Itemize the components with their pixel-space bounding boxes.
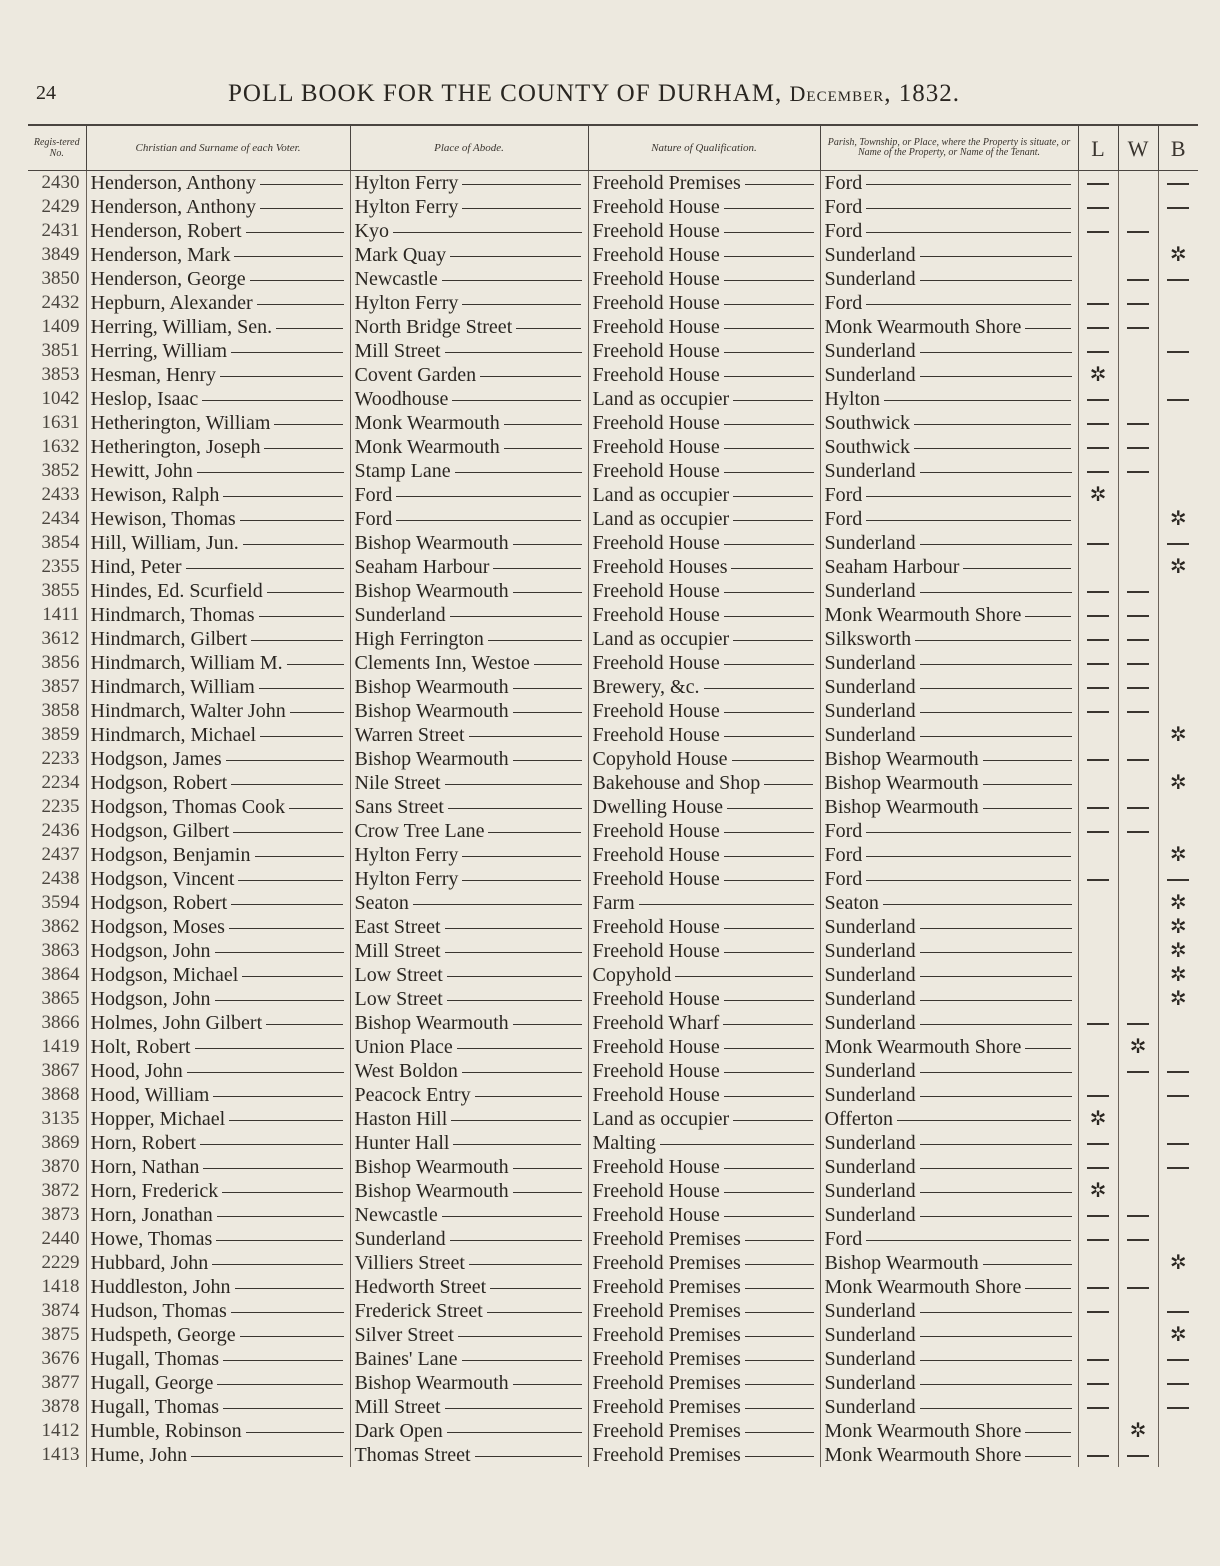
voter-name-text: Hugall, Thomas	[91, 1348, 220, 1370]
qualification-cell: Freehold House	[588, 699, 820, 723]
table-body: 2430Henderson, AnthonyHylton FerryFreeho…	[28, 171, 1198, 1468]
qualification-cell: Freehold House	[588, 1155, 820, 1179]
parish-text: Monk Wearmouth Shore	[825, 1276, 1022, 1298]
parish-cell: Sunderland	[820, 1059, 1078, 1083]
star-mark-icon: ✲	[1170, 556, 1187, 578]
voter-name-text: Henderson, Anthony	[91, 196, 257, 218]
voter-name-cell: Hetherington, Joseph	[86, 435, 350, 459]
voter-name-cell: Hepburn, Alexander	[86, 291, 350, 315]
qualification-text: Freehold House	[593, 820, 720, 842]
qualification-cell: Freehold House	[588, 1179, 820, 1203]
vote-L-cell	[1078, 1203, 1118, 1227]
abode-cell: Bishop Wearmouth	[350, 579, 588, 603]
vote-L-cell	[1078, 939, 1118, 963]
vote-L-cell	[1078, 507, 1118, 531]
reg-no-cell: 2437	[28, 843, 86, 867]
dash-mark-icon	[1167, 207, 1189, 209]
abode-text: Hylton Ferry	[355, 844, 459, 866]
dash-mark-icon	[1127, 591, 1149, 593]
abode-cell: Hylton Ferry	[350, 171, 588, 196]
parish-text: Ford	[825, 484, 863, 506]
voter-name-cell: Horn, Nathan	[86, 1155, 350, 1179]
abode-text: Covent Garden	[355, 364, 477, 386]
leader-line	[920, 1144, 1072, 1145]
qualification-cell: Freehold House	[588, 987, 820, 1011]
qualification-text: Freehold House	[593, 1156, 720, 1178]
abode-cell: Newcastle	[350, 1203, 588, 1227]
vote-B-cell	[1158, 531, 1198, 555]
table-row: 1411Hindmarch, ThomasSunderlandFreehold …	[28, 603, 1198, 627]
vote-W-cell	[1118, 1227, 1158, 1251]
leader-line	[920, 1408, 1072, 1409]
vote-L-cell	[1078, 963, 1118, 987]
leader-line	[920, 376, 1072, 377]
voter-name-cell: Henderson, George	[86, 267, 350, 291]
parish-text: Offerton	[825, 1108, 894, 1130]
parish-text: Sunderland	[825, 1156, 916, 1178]
qualification-cell: Freehold Premises	[588, 1395, 820, 1419]
leader-line	[455, 472, 582, 473]
vote-W-cell	[1118, 1347, 1158, 1371]
vote-L-cell	[1078, 1419, 1118, 1443]
vote-L-cell	[1078, 771, 1118, 795]
abode-cell: Warren Street	[350, 723, 588, 747]
parish-text: Ford	[825, 220, 863, 242]
abode-text: Peacock Entry	[355, 1084, 471, 1106]
col-header-L: L	[1078, 125, 1118, 171]
leader-line	[445, 952, 582, 953]
abode-cell: Mark Quay	[350, 243, 588, 267]
parish-text: Sunderland	[825, 652, 916, 674]
qualification-cell: Freehold House	[588, 459, 820, 483]
qualification-cell: Freehold House	[588, 219, 820, 243]
star-mark-icon: ✲	[1170, 844, 1187, 866]
vote-W-cell	[1118, 507, 1158, 531]
dash-mark-icon	[1087, 687, 1109, 689]
dash-mark-icon	[1087, 207, 1109, 209]
parish-text: Ford	[825, 868, 863, 890]
leader-line	[724, 832, 814, 833]
leader-line	[731, 568, 813, 569]
reg-no-cell: 2433	[28, 483, 86, 507]
leader-line	[914, 448, 1071, 449]
leader-line	[745, 1240, 814, 1241]
vote-W-cell	[1118, 915, 1158, 939]
parish-cell: Ford	[820, 1227, 1078, 1251]
voter-name-text: Hodgson, Robert	[91, 772, 228, 794]
parish-cell: Ford	[820, 507, 1078, 531]
voter-name-cell: Hindmarch, Walter John	[86, 699, 350, 723]
vote-L-cell	[1078, 627, 1118, 651]
vote-W-cell	[1118, 603, 1158, 627]
leader-line	[733, 520, 813, 521]
voter-name-text: Hood, John	[91, 1060, 183, 1082]
vote-W-cell	[1118, 1299, 1158, 1323]
reg-no-cell: 2429	[28, 195, 86, 219]
abode-cell: West Boldon	[350, 1059, 588, 1083]
dash-mark-icon	[1087, 1215, 1109, 1217]
abode-text: Seaton	[355, 892, 409, 914]
qualification-cell: Freehold Houses	[588, 555, 820, 579]
abode-text: Frederick Street	[355, 1300, 483, 1322]
parish-text: Ford	[825, 844, 863, 866]
leader-line	[450, 1240, 582, 1241]
leader-line	[451, 1120, 581, 1121]
voter-name-cell: Henderson, Mark	[86, 243, 350, 267]
leader-line	[724, 1216, 814, 1217]
dash-mark-icon	[1087, 351, 1109, 353]
leader-line	[920, 976, 1072, 977]
leader-line	[447, 1432, 582, 1433]
vote-B-cell	[1158, 651, 1198, 675]
reg-no-cell: 3850	[28, 267, 86, 291]
leader-line	[448, 808, 582, 809]
qualification-text: Freehold House	[593, 292, 720, 314]
voter-name-text: Hindmarch, William M.	[91, 652, 283, 674]
leader-line	[724, 376, 814, 377]
reg-no-cell: 3857	[28, 675, 86, 699]
abode-cell: Mill Street	[350, 1395, 588, 1419]
vote-L-cell	[1078, 1275, 1118, 1299]
voter-name-text: Hepburn, Alexander	[91, 292, 253, 314]
table-row: 3135Hopper, MichaelHaston HillLand as oc…	[28, 1107, 1198, 1131]
leader-line	[724, 208, 814, 209]
voter-name-cell: Horn, Jonathan	[86, 1203, 350, 1227]
abode-cell: Hedworth Street	[350, 1275, 588, 1299]
vote-W-cell	[1118, 243, 1158, 267]
leader-line	[724, 448, 814, 449]
parish-cell: Bishop Wearmouth	[820, 1251, 1078, 1275]
leader-line	[250, 280, 344, 281]
table-row: 1042Heslop, IsaacWoodhouseLand as occupi…	[28, 387, 1198, 411]
parish-cell: Sunderland	[820, 651, 1078, 675]
leader-line	[233, 832, 343, 833]
vote-B-cell	[1158, 1059, 1198, 1083]
voter-name-text: Hetherington, William	[91, 412, 271, 434]
parish-cell: Sunderland	[820, 1179, 1078, 1203]
abode-text: Crow Tree Lane	[355, 820, 485, 842]
qualification-cell: Freehold Premises	[588, 1443, 820, 1467]
voter-name-cell: Hewison, Ralph	[86, 483, 350, 507]
dash-mark-icon	[1087, 303, 1109, 305]
voter-name-text: Hewitt, John	[91, 460, 193, 482]
voter-name-cell: Hopper, Michael	[86, 1107, 350, 1131]
voter-name-cell: Holt, Robert	[86, 1035, 350, 1059]
leader-line	[866, 520, 1071, 521]
voter-name-cell: Henderson, Robert	[86, 219, 350, 243]
voter-name-cell: Hesman, Henry	[86, 363, 350, 387]
leader-line	[274, 424, 343, 425]
table-row: 3863Hodgson, JohnMill StreetFreehold Hou…	[28, 939, 1198, 963]
leader-line	[462, 1072, 582, 1073]
qualification-cell: Freehold House	[588, 843, 820, 867]
voter-name-cell: Hodgson, Thomas Cook	[86, 795, 350, 819]
vote-B-cell	[1158, 339, 1198, 363]
parish-cell: Hylton	[820, 387, 1078, 411]
dash-mark-icon	[1167, 1167, 1189, 1169]
parish-text: Ford	[825, 508, 863, 530]
leader-line	[445, 352, 582, 353]
table-row: 3865Hodgson, JohnLow StreetFreehold Hous…	[28, 987, 1198, 1011]
parish-cell: Sunderland	[820, 723, 1078, 747]
abode-cell: Bishop Wearmouth	[350, 1011, 588, 1035]
voter-name-text: Hindmarch, Gilbert	[91, 628, 248, 650]
dash-mark-icon	[1087, 1359, 1109, 1361]
dash-mark-icon	[1127, 327, 1149, 329]
leader-line	[187, 1072, 344, 1073]
leader-line	[445, 1408, 582, 1409]
vote-L-cell	[1078, 795, 1118, 819]
leader-line	[457, 1048, 582, 1049]
qualification-text: Freehold House	[593, 724, 720, 746]
parish-text: Seaham Harbour	[825, 556, 960, 578]
dash-mark-icon	[1127, 423, 1149, 425]
vote-L-cell	[1078, 171, 1118, 196]
vote-B-cell	[1158, 459, 1198, 483]
leader-line	[453, 1144, 581, 1145]
reg-no-cell: 3867	[28, 1059, 86, 1083]
voter-name-cell: Hill, William, Jun.	[86, 531, 350, 555]
voter-name-cell: Hodgson, Robert	[86, 891, 350, 915]
vote-L-cell	[1078, 1251, 1118, 1275]
qualification-text: Freehold House	[593, 940, 720, 962]
parish-text: Seaton	[825, 892, 879, 914]
voter-name-cell: Hubbard, John	[86, 1251, 350, 1275]
qualification-cell: Freehold Premises	[588, 1323, 820, 1347]
vote-L-cell	[1078, 867, 1118, 891]
qualification-text: Freehold House	[593, 1084, 720, 1106]
qualification-cell: Freehold Premises	[588, 171, 820, 196]
reg-no-cell: 3865	[28, 987, 86, 1011]
leader-line	[983, 760, 1072, 761]
leader-line	[255, 856, 344, 857]
abode-text: Bishop Wearmouth	[355, 1180, 509, 1202]
vote-B-cell: ✲	[1158, 915, 1198, 939]
vote-L-cell	[1078, 219, 1118, 243]
vote-W-cell	[1118, 987, 1158, 1011]
leader-line	[220, 376, 343, 377]
star-mark-icon: ✲	[1170, 988, 1187, 1010]
star-mark-icon: ✲	[1170, 772, 1187, 794]
abode-text: Bishop Wearmouth	[355, 1372, 509, 1394]
table-row: 3869Horn, RobertHunter HallMaltingSunder…	[28, 1131, 1198, 1155]
abode-text: Bishop Wearmouth	[355, 580, 509, 602]
qualification-text: Freehold House	[593, 436, 720, 458]
vote-W-cell	[1118, 531, 1158, 555]
qualification-text: Farm	[593, 892, 635, 914]
qualification-text: Freehold House	[593, 220, 720, 242]
voter-name-cell: Hodgson, James	[86, 747, 350, 771]
leader-line	[724, 544, 814, 545]
leader-line	[260, 184, 343, 185]
abode-text: Hunter Hall	[355, 1132, 450, 1154]
dash-mark-icon	[1087, 1143, 1109, 1145]
reg-no-cell: 2430	[28, 171, 86, 196]
voter-name-text: Hodgson, Vincent	[91, 868, 235, 890]
voter-name-text: Henderson, Robert	[91, 220, 242, 242]
table-row: 3875Hudspeth, GeorgeSilver StreetFreehol…	[28, 1323, 1198, 1347]
parish-cell: Ford	[820, 867, 1078, 891]
qualification-text: Freehold Premises	[593, 1228, 741, 1250]
dash-mark-icon	[1087, 615, 1109, 617]
parish-text: Sunderland	[825, 1396, 916, 1418]
leader-line	[745, 1456, 814, 1457]
abode-text: North Bridge Street	[355, 316, 513, 338]
leader-line	[191, 1456, 343, 1457]
dash-mark-icon	[1087, 639, 1109, 641]
leader-line	[866, 832, 1071, 833]
leader-line	[920, 736, 1072, 737]
leader-line	[724, 280, 814, 281]
abode-cell: Sunderland	[350, 603, 588, 627]
dash-mark-icon	[1127, 279, 1149, 281]
reg-no-cell: 3853	[28, 363, 86, 387]
leader-line	[745, 1312, 814, 1313]
parish-cell: Bishop Wearmouth	[820, 747, 1078, 771]
parish-text: Monk Wearmouth Shore	[825, 1444, 1022, 1466]
reg-no-cell: 3874	[28, 1299, 86, 1323]
qualification-text: Freehold House	[593, 700, 720, 722]
parish-cell: Monk Wearmouth Shore	[820, 603, 1078, 627]
voter-name-cell: Horn, Robert	[86, 1131, 350, 1155]
reg-no-cell: 1409	[28, 315, 86, 339]
vote-B-cell	[1158, 291, 1198, 315]
leader-line	[234, 256, 343, 257]
leader-line	[469, 736, 582, 737]
leader-line	[724, 856, 814, 857]
leader-line	[724, 928, 814, 929]
leader-line	[983, 808, 1072, 809]
vote-B-cell	[1158, 411, 1198, 435]
leader-line	[724, 1168, 814, 1169]
leader-line	[200, 1144, 343, 1145]
qualification-cell: Freehold House	[588, 291, 820, 315]
table-row: 3878Hugall, ThomasMill StreetFreehold Pr…	[28, 1395, 1198, 1419]
col-header-qualification: Nature of Qualification.	[588, 125, 820, 171]
leader-line	[251, 640, 343, 641]
qualification-text: Freehold House	[593, 364, 720, 386]
star-mark-icon: ✲	[1170, 964, 1187, 986]
leader-line	[920, 256, 1072, 257]
qualification-text: Freehold House	[593, 652, 720, 674]
qualification-text: Freehold House	[593, 844, 720, 866]
table-row: 2437Hodgson, BenjaminHylton FerryFreehol…	[28, 843, 1198, 867]
leader-line	[1025, 1456, 1071, 1457]
leader-line	[217, 1216, 344, 1217]
leader-line	[217, 1384, 343, 1385]
leader-line	[475, 1456, 582, 1457]
voter-name-cell: Hodgson, Benjamin	[86, 843, 350, 867]
leader-line	[462, 1360, 582, 1361]
dash-mark-icon	[1087, 1023, 1109, 1025]
leader-line	[866, 208, 1071, 209]
parish-text: Silksworth	[825, 628, 912, 650]
leader-line	[413, 904, 582, 905]
qualification-cell: Freehold House	[588, 243, 820, 267]
qualification-cell: Freehold House	[588, 315, 820, 339]
table-row: 2434Hewison, ThomasFordLand as occupierF…	[28, 507, 1198, 531]
voter-name-cell: Herring, William, Sen.	[86, 315, 350, 339]
abode-cell: Union Place	[350, 1035, 588, 1059]
dash-mark-icon	[1127, 471, 1149, 473]
parish-text: Sunderland	[825, 1348, 916, 1370]
vote-B-cell	[1158, 627, 1198, 651]
abode-cell: Thomas Street	[350, 1443, 588, 1467]
abode-cell: Clements Inn, Westoe	[350, 651, 588, 675]
vote-L-cell	[1078, 603, 1118, 627]
leader-line	[442, 1216, 582, 1217]
vote-L-cell	[1078, 1371, 1118, 1395]
leader-line	[231, 1312, 344, 1313]
dash-mark-icon	[1127, 711, 1149, 713]
vote-B-cell: ✲	[1158, 843, 1198, 867]
parish-cell: Ford	[820, 171, 1078, 196]
vote-W-cell	[1118, 1011, 1158, 1035]
abode-cell: Covent Garden	[350, 363, 588, 387]
table-row: 1413Hume, JohnThomas StreetFreehold Prem…	[28, 1443, 1198, 1467]
leader-line	[458, 1336, 582, 1337]
table-row: 3855Hindes, Ed. ScurfieldBishop Wearmout…	[28, 579, 1198, 603]
leader-line	[445, 784, 582, 785]
vote-W-cell	[1118, 195, 1158, 219]
qualification-cell: Freehold Premises	[588, 1371, 820, 1395]
leader-line	[724, 616, 814, 617]
leader-line	[733, 496, 813, 497]
leader-line	[724, 712, 814, 713]
abode-cell: Hylton Ferry	[350, 867, 588, 891]
voter-name-cell: Hodgson, Vincent	[86, 867, 350, 891]
voter-name-text: Henderson, Mark	[91, 244, 231, 266]
vote-B-cell: ✲	[1158, 987, 1198, 1011]
leader-line	[213, 1096, 343, 1097]
leader-line	[396, 496, 581, 497]
parish-cell: Sunderland	[820, 339, 1078, 363]
table-row: 2430Henderson, AnthonyHylton FerryFreeho…	[28, 171, 1198, 196]
leader-line	[197, 472, 344, 473]
voter-name-cell: Hindmarch, Michael	[86, 723, 350, 747]
parish-text: Sunderland	[825, 1204, 916, 1226]
leader-line	[462, 184, 581, 185]
leader-line	[240, 520, 344, 521]
vote-W-cell	[1118, 267, 1158, 291]
leader-line	[1025, 1048, 1071, 1049]
vote-W-cell	[1118, 339, 1158, 363]
abode-cell: Dark Open	[350, 1419, 588, 1443]
table-row: 1419Holt, RobertUnion PlaceFreehold Hous…	[28, 1035, 1198, 1059]
vote-B-cell: ✲	[1158, 723, 1198, 747]
vote-B-cell	[1158, 1395, 1198, 1419]
voter-name-cell: Hugall, Thomas	[86, 1347, 350, 1371]
parish-text: Hylton	[825, 388, 881, 410]
vote-W-cell	[1118, 699, 1158, 723]
leader-line	[257, 304, 344, 305]
vote-B-cell	[1158, 747, 1198, 771]
table-row: 2431Henderson, RobertKyoFreehold HouseFo…	[28, 219, 1198, 243]
leader-line	[920, 352, 1072, 353]
parish-cell: Seaham Harbour	[820, 555, 1078, 579]
abode-cell: Frederick Street	[350, 1299, 588, 1323]
parish-text: Sunderland	[825, 460, 916, 482]
vote-B-cell	[1158, 1107, 1198, 1131]
abode-text: East Street	[355, 916, 441, 938]
parish-cell: Sunderland	[820, 531, 1078, 555]
leader-line	[276, 328, 343, 329]
vote-L-cell	[1078, 651, 1118, 675]
leader-line	[287, 664, 344, 665]
leader-line	[490, 1288, 581, 1289]
abode-text: Dark Open	[355, 1420, 443, 1442]
dash-mark-icon	[1087, 759, 1109, 761]
